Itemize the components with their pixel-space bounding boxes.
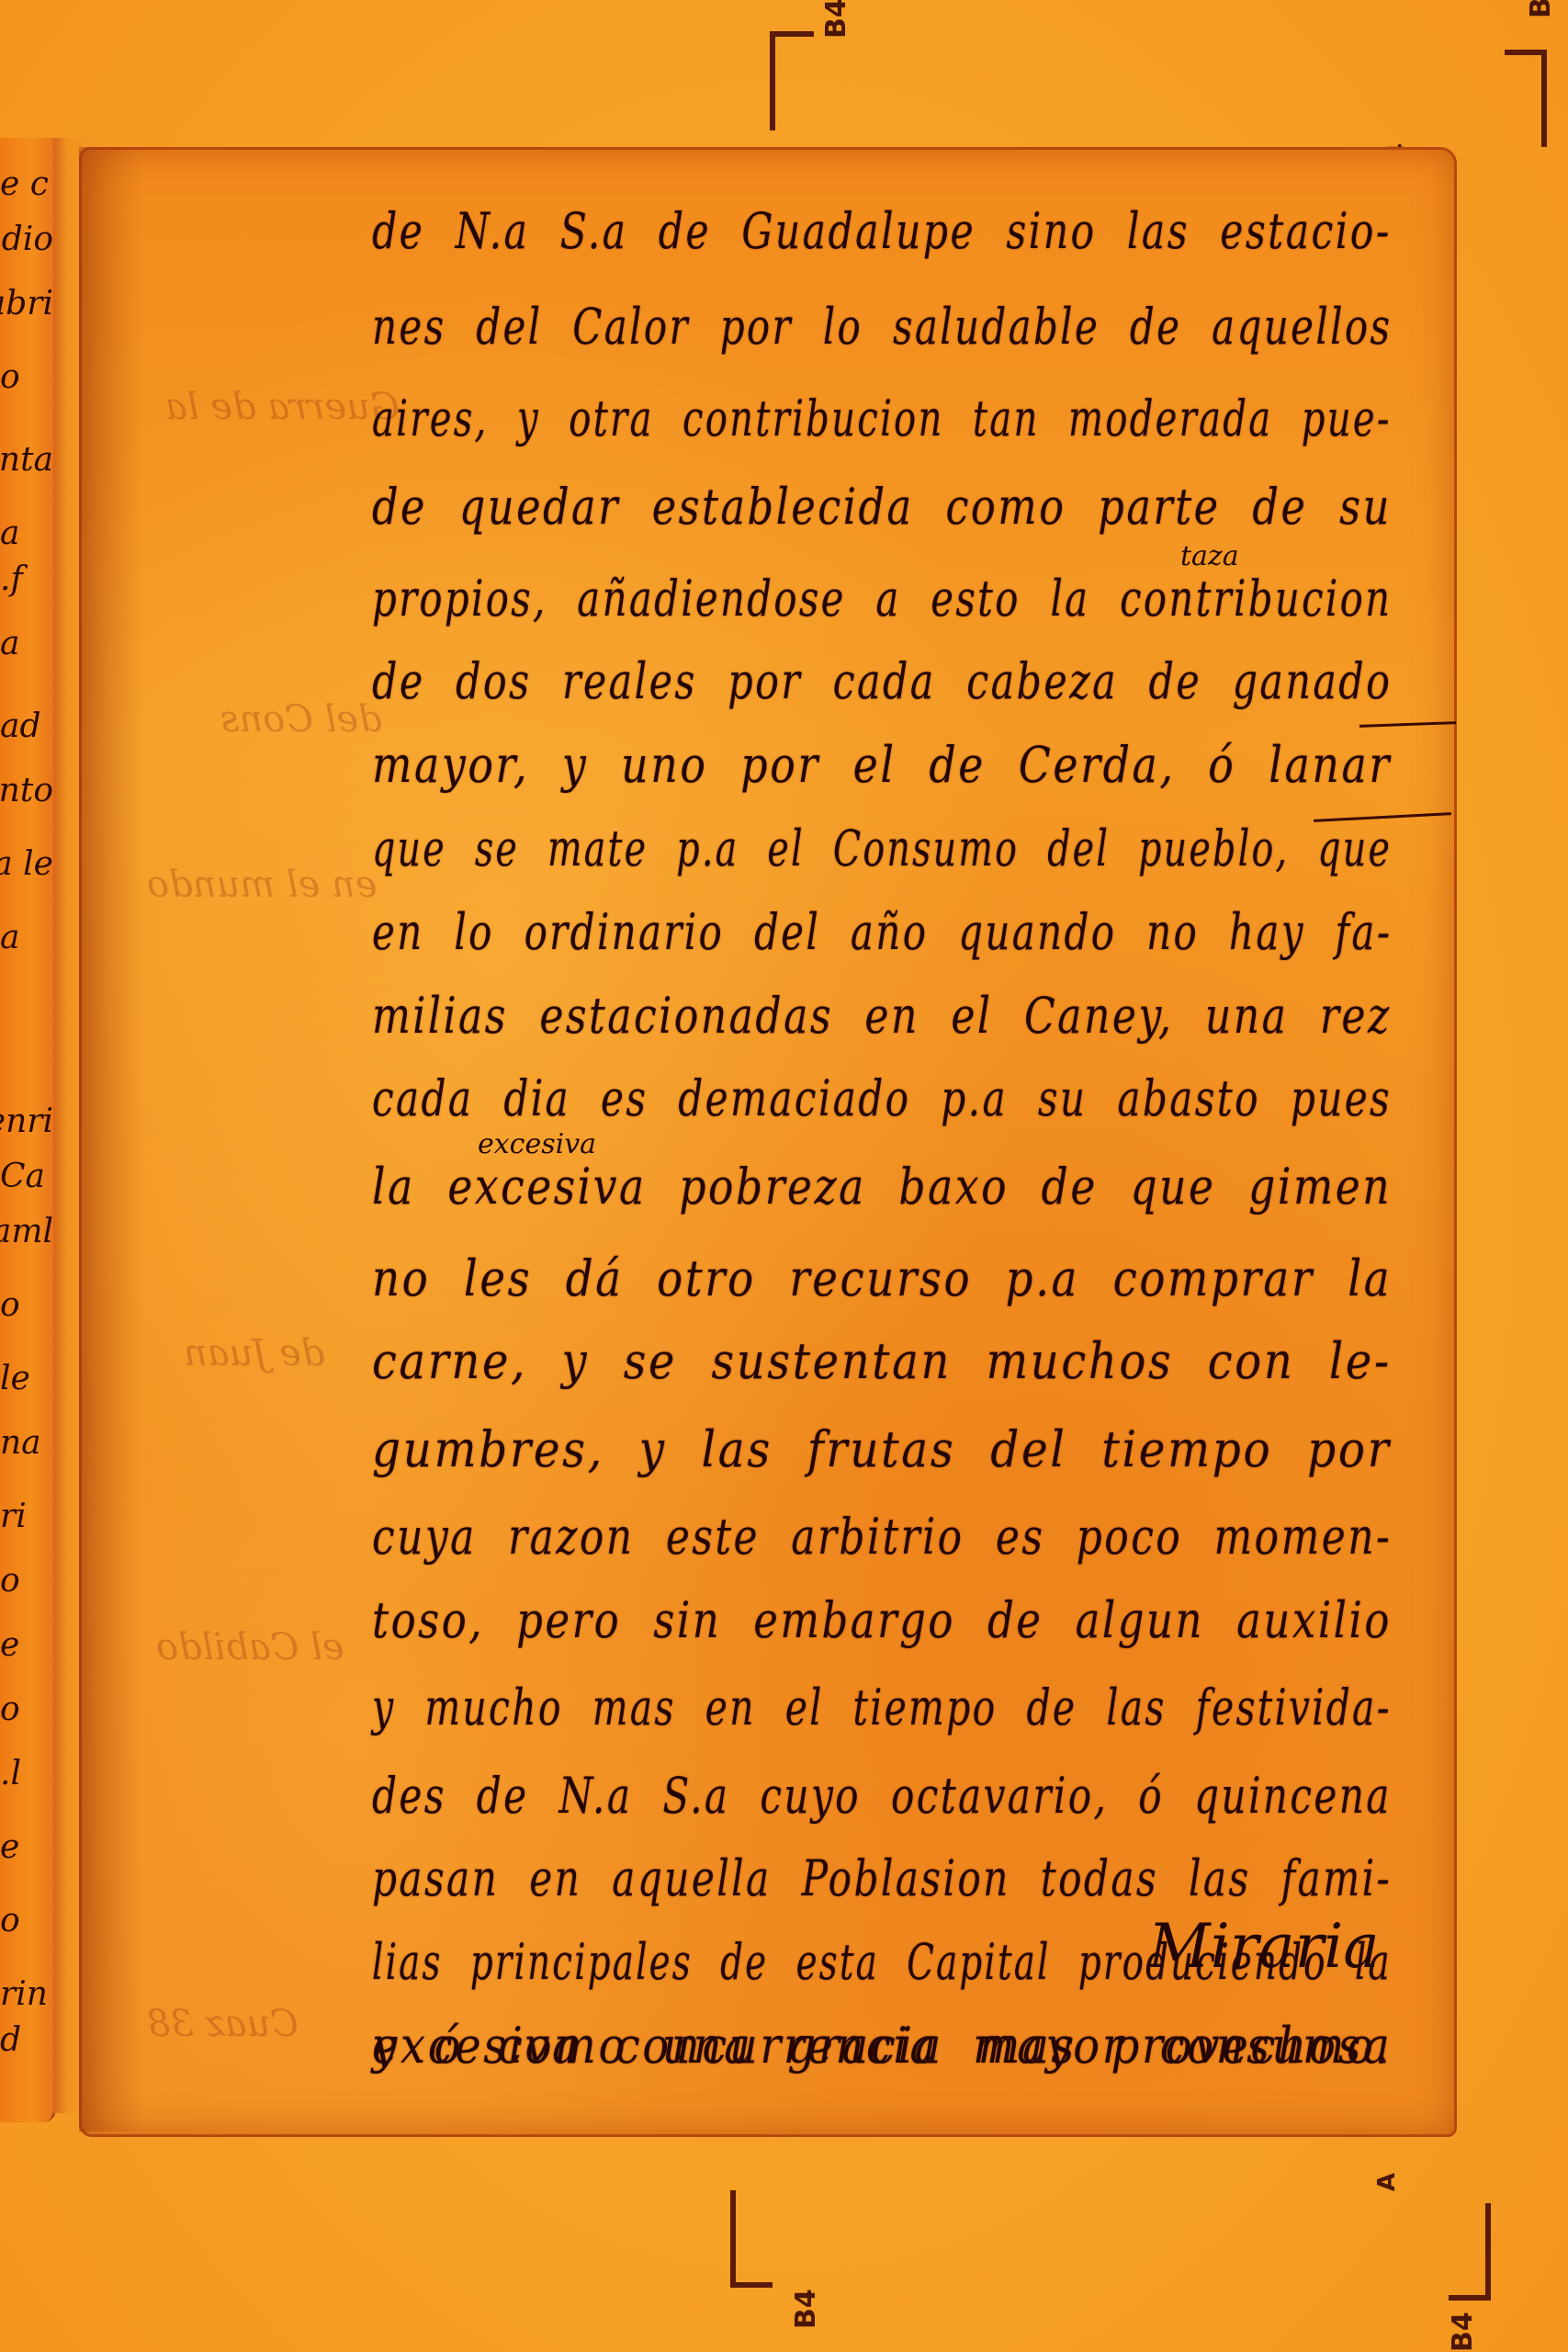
leaf-fold-shadow: [79, 147, 143, 2131]
facing-page-word: fabri: [0, 285, 53, 322]
facing-page-word: Ca: [0, 1158, 53, 1195]
bleed-through-text: el Cabildo: [156, 1626, 344, 1668]
interlinear-correction: excesiva: [478, 1128, 596, 1160]
facing-page-word: e c: [0, 165, 53, 203]
bleed-through-text: de Juan: [184, 1332, 324, 1374]
marker-label-top-right: B4: [1525, 0, 1557, 18]
page-letter-bottom: A: [1373, 2173, 1401, 2191]
facing-page-word: na: [0, 1424, 53, 1462]
facing-page-word: e: [0, 1828, 53, 1866]
manuscript-line: en lo ordinario del año quando no hay fa…: [372, 903, 1392, 961]
facing-page-word: le: [0, 1360, 53, 1397]
crop-marker-bottom-left: [730, 2190, 773, 2288]
marker-label-bottom-left: B4: [790, 2289, 822, 2329]
facing-page-word: ri: [0, 1498, 53, 1535]
manuscript-line: mayor, y uno por el de Cerda, ó lanar: [372, 736, 1392, 794]
facing-page-word: l.: [0, 1755, 53, 1792]
manuscript-line: la excesiva pobreza baxo de que gimen: [372, 1158, 1392, 1216]
bleed-through-text: Guerra de la: [165, 386, 400, 428]
facing-page-word: rendio: [0, 220, 53, 258]
bleed-through-text: Cuaz 38: [147, 2003, 299, 2045]
facing-page-fragment: e crendiofabriocontaaf.aadntoa leaenriCa…: [0, 138, 56, 2122]
manuscript-line: gumbres, y las frutas del tiempo por: [372, 1420, 1392, 1478]
facing-page-word: ad: [0, 707, 53, 745]
bleed-through-text: del Cons: [220, 698, 382, 741]
facing-page-word: nto: [0, 772, 53, 809]
manuscript-line: nes del Calor por lo saludable de aquell…: [372, 298, 1392, 356]
manuscript-line: cuya razon este arbitrio es poco momen-: [372, 1508, 1392, 1566]
facing-page-word: f.: [0, 560, 53, 598]
crop-marker-top-right: [1505, 50, 1547, 147]
facing-page-word: o: [0, 1562, 53, 1600]
facing-page-word: a le: [0, 845, 53, 883]
manuscript-line: que se mate p.a el Consumo del pueblo, q…: [372, 820, 1392, 877]
facing-page-word: aml.: [0, 1213, 53, 1250]
marker-label-top-left: B4: [820, 0, 852, 39]
crop-marker-bottom-right: [1449, 2203, 1491, 2301]
manuscript-line: de quedar establecida como parte de su: [372, 478, 1392, 536]
manuscript-line: des de N.a S.a cuyo octavario, ó quincen…: [372, 1767, 1392, 1825]
manuscript-line: no les dá otro recurso p.a comprar la: [372, 1249, 1392, 1307]
facing-page-word: a: [0, 514, 53, 552]
facing-page-word: a: [0, 919, 53, 956]
facing-page-word: rin: [0, 1975, 53, 2013]
manuscript-line: carne, y se sustentan muchos con le-: [372, 1332, 1392, 1390]
manuscript-line: pasan en aquella Poblasion todas las fam…: [372, 1849, 1392, 1907]
manuscript-line: propios, añadiendose a esto la contribuc…: [372, 570, 1392, 628]
crop-marker-top-left: [770, 31, 814, 130]
facing-page-word: o: [0, 1286, 53, 1324]
manuscript-line: de dos reales por cada cabeza de ganado: [372, 652, 1392, 710]
manuscript-line: y ó como una gracia mas provechosa: [372, 2017, 1392, 2075]
manuscript-line: milias estacionadas en el Caney, una rez: [372, 987, 1392, 1045]
manuscript-line: y mucho mas en el tiempo de las festivid…: [372, 1679, 1392, 1736]
facing-page-word: o: [0, 358, 53, 396]
manuscript-line: cada dia es demaciado p.a su abasto pues: [372, 1069, 1392, 1127]
manuscript-line: toso, pero sin embargo de algun auxilio: [372, 1591, 1392, 1649]
interlinear-correction: taza: [1180, 540, 1239, 572]
marker-label-bottom-right: B4: [1447, 2312, 1479, 2352]
bleed-through-text: en el mundo: [147, 864, 377, 906]
manuscript-line: de N.a S.a de Guadalupe sino las estacio…: [372, 202, 1392, 260]
manuscript-line: aires, y otra contribucion tan moderada …: [372, 390, 1392, 447]
facing-page-word: a: [0, 625, 53, 662]
facing-page-word: conta: [0, 441, 53, 479]
facing-page-word: e: [0, 1626, 53, 1664]
facing-page-word: d: [0, 2021, 53, 2059]
facing-page-word: o: [0, 1690, 53, 1728]
facing-page-word: o: [0, 1902, 53, 1939]
facing-page-word: enri: [0, 1102, 53, 1140]
catchword: Miraria: [1148, 1911, 1380, 1982]
